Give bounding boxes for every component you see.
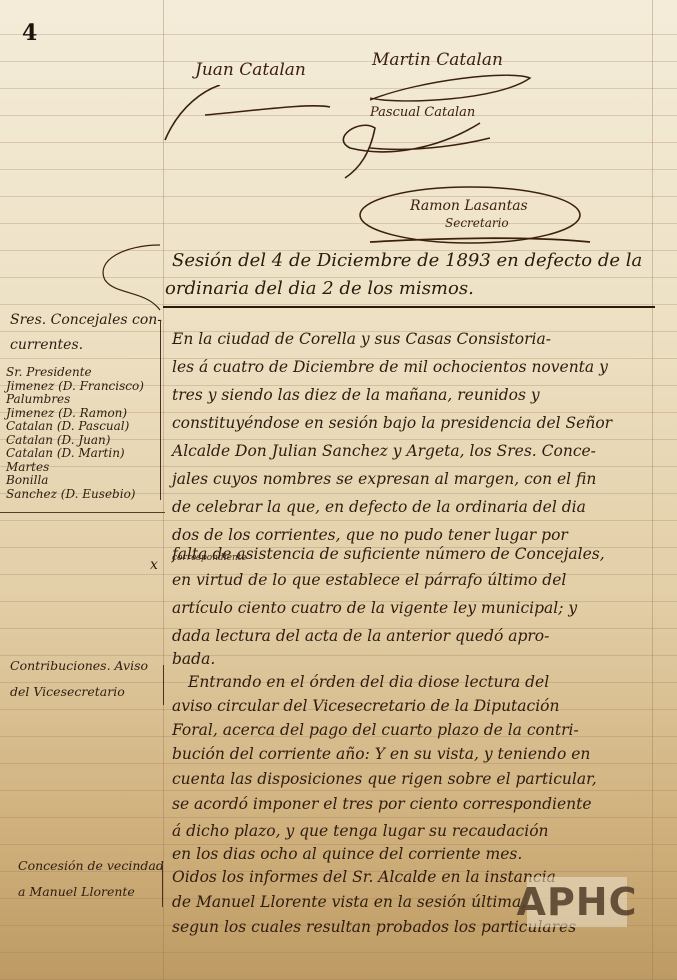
attendee: Palumbres [6,393,144,407]
body-line: En la ciudad de Corella y sus Casas Cons… [172,330,551,348]
heading-underline [163,306,655,308]
signature-juan-catalan: Juan Catalan [195,60,306,80]
signature-flourish-icon [160,85,340,145]
body-line: á dicho plazo, y que tenga lugar su reca… [172,822,549,840]
body-line: Alcalde Don Julian Sanchez y Argeta, los… [172,442,596,460]
margin-rule [163,0,164,980]
session-heading-line-2: ordinaria del dia 2 de los mismos. [165,278,474,299]
body-line: Foral, acerca del pago del cuarto plazo … [172,721,579,739]
body-line: artículo ciento cuatro de la vigente ley… [172,599,577,617]
note-contribucion-line-1: Contribuciones. Aviso [10,658,148,673]
signature-ramon-lasantas: Ramon Lasantas [410,198,528,214]
attendee: Martes [6,461,144,475]
body-line: cuenta las disposiciones que rigen sobre… [172,770,597,788]
page-number: 4 [22,20,37,46]
attendees-title-line-1: Sres. Concejales con- [10,312,162,328]
heading-bracket-icon [85,240,165,320]
body-line: les á cuatro de Diciembre de mil ochocie… [172,358,608,376]
signature-martin-catalan: Martin Catalan [372,50,503,70]
attendee: Jimenez (D. Francisco) [6,380,144,394]
note-concesion-line-2: a Manuel Llorente [18,884,135,899]
attendee: Sr. Presidente [6,366,144,380]
attendees-brace [160,320,161,500]
note-contribucion-line-2: del Vicesecretario [10,684,125,699]
attendee: Sanchez (D. Eusebio) [6,488,144,502]
body-line: bución del corriente año: Y en su vista,… [172,745,590,763]
right-margin-rule [652,0,653,980]
margin-divider [0,512,165,513]
note-concesion-line-1: Concesión de vecindad [18,858,164,873]
concesion-brace [162,865,163,907]
body-line: de celebrar la que, en defecto de la ord… [172,498,586,516]
body-line: de Manuel Llorente vista en la sesión úl… [172,893,526,911]
body-line: bada. [172,650,215,668]
attendee: Bonilla [6,474,144,488]
session-heading-line-1: Sesión del 4 de Diciembre de 1893 en def… [172,250,642,271]
signature-secretary-role: Secretario [445,216,509,230]
attendee: Catalan (D. Juan) [6,434,144,448]
body-line: en virtud de lo que establece el párrafo… [172,571,566,589]
body-line: dos de los corrientes, que no pudo tener… [172,526,568,544]
signature-flourish-icon [330,118,520,183]
body-line: jales cuyos nombres se expresan al marge… [172,470,596,488]
signature-flourish-icon [360,70,540,110]
body-line: falta de asistencia de suficiente número… [172,545,605,563]
body-line: se acordó imponer el tres por ciento cor… [172,795,592,813]
body-line: tres y siendo las diez de la mañana, reu… [172,386,540,404]
body-line: Oidos los informes del Sr. Alcalde en la… [172,868,556,886]
contribucion-brace [163,665,164,705]
attendee: Jimenez (D. Ramon) [6,407,144,421]
archive-watermark: APHC [527,877,627,927]
attendees-list: Sr. Presidente Jimenez (D. Francisco) Pa… [6,366,144,501]
body-line: aviso circular del Vicesecretario de la … [172,697,559,715]
correction-mark: x [150,557,158,573]
body-line: Entrando en el órden del dia diose lectu… [188,673,549,691]
body-line: dada lectura del acta de la anterior que… [172,627,549,645]
ledger-page: 4 Juan Catalan Martin Catalan Pascual Ca… [0,0,677,980]
attendee: Catalan (D. Martin) [6,447,144,461]
signature-oval-flourish-icon [350,180,600,250]
attendee: Catalan (D. Pascual) [6,420,144,434]
attendees-title-line-2: currentes. [10,337,83,353]
body-line: constituyéndose en sesión bajo la presid… [172,414,612,432]
body-line: en los dias ocho al quince del corriente… [172,845,522,863]
